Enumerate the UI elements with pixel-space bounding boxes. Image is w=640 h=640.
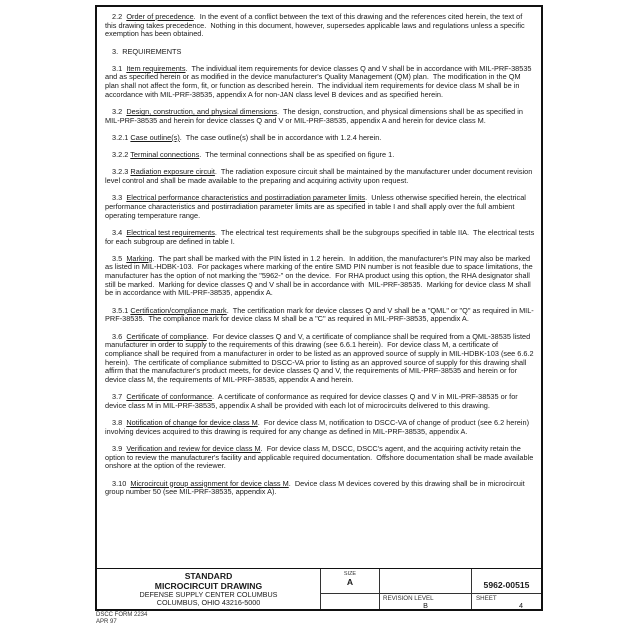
paragraph-3-2: 3.2 Design, construction, and physical d…	[105, 108, 535, 125]
paragraph-text: The part shall be marked with the PIN li…	[105, 254, 535, 298]
form-date: APR 97	[96, 619, 147, 626]
title-block: STANDARD MICROCIRCUIT DRAWING DEFENSE SU…	[97, 568, 541, 609]
paragraph-number: 3.10	[112, 479, 126, 488]
paragraph-number: 3.5.1	[112, 306, 128, 315]
agency-address: COLUMBUS, OHIO 43216-5000	[97, 599, 320, 607]
paragraph-3-4: 3.4 Electrical test requirements. The el…	[105, 229, 535, 246]
size-cell: SIZE A	[321, 569, 380, 593]
title-line-1: STANDARD	[97, 571, 320, 581]
document-number: 5962-00515	[472, 580, 541, 590]
paragraph-heading: Electrical performance characteristics a…	[126, 193, 365, 202]
paragraph-3-1: 3.1 Item requirements. The individual it…	[105, 65, 535, 100]
paragraph-text: REQUIREMENTS	[122, 47, 181, 56]
paragraph-number: 3.7	[112, 392, 122, 401]
paragraph-3-2-3: 3.2.3 Radiation exposure circuit. The ra…	[105, 168, 535, 185]
paragraph-number: 3.6	[112, 332, 122, 341]
paragraph-number: 3.2.2	[112, 150, 128, 159]
sheet-label: SHEET	[476, 595, 541, 602]
paragraph-number: 3.4	[112, 228, 122, 237]
paragraph-3-7: 3.7 Certificate of conformance. A certif…	[105, 393, 535, 410]
standard-drawing-cell: STANDARD MICROCIRCUIT DRAWING DEFENSE SU…	[97, 569, 321, 609]
paragraph-heading: Microcircuit group assignment for device…	[130, 479, 288, 488]
paragraph-heading: Electrical test requirements	[126, 228, 215, 237]
drawing-sheet: 2.2 Order of precedence. In the event of…	[95, 5, 543, 611]
paragraph-text: The terminal connections shall be as spe…	[205, 150, 394, 159]
revision-value: B	[380, 602, 471, 610]
paragraph-3-2-2: 3.2.2 Terminal connections. The terminal…	[105, 151, 535, 160]
paragraph-heading: Certificate of compliance	[126, 332, 206, 341]
paragraph-3-2-1: 3.2.1 Case outline(s). The case outline(…	[105, 134, 535, 143]
document-body: 2.2 Order of precedence. In the event of…	[105, 13, 535, 505]
paragraph-heading: Certification/compliance mark	[130, 306, 226, 315]
paragraph-3-5: 3.5 Marking. The part shall be marked wi…	[105, 255, 535, 298]
paragraph-number: 3.3	[112, 193, 122, 202]
paragraph-number: 3.2	[112, 107, 122, 116]
paragraph-heading: Item requirements	[126, 64, 185, 73]
paragraph-heading: Radiation exposure circuit	[130, 167, 215, 176]
size-value: A	[321, 578, 379, 587]
paragraph-2-2: 2.2 Order of precedence. In the event of…	[105, 13, 535, 39]
paragraph-heading: Terminal connections	[130, 150, 199, 159]
paragraph-3-10: 3.10 Microcircuit group assignment for d…	[105, 480, 535, 497]
sheet-cell: SHEET 4	[472, 593, 541, 609]
paragraph-number: 3.1	[112, 64, 122, 73]
blank-cell-top	[380, 569, 472, 593]
paragraph-number: 3.9	[112, 444, 122, 453]
paragraph-number: 3.2.1	[112, 133, 128, 142]
form-number: DSCC FORM 2234	[96, 612, 147, 619]
paragraph-heading: Case outline(s)	[130, 133, 179, 142]
paragraph-heading: Order of precedence	[126, 12, 193, 21]
paragraph-3-8: 3.8 Notification of change for device cl…	[105, 419, 535, 436]
paragraph-3-6: 3.6 Certificate of compliance. For devic…	[105, 333, 535, 385]
paragraph-number: 3.8	[112, 418, 122, 427]
revision-cell: REVISION LEVEL B	[380, 593, 472, 609]
paragraph-number: 3.	[112, 47, 118, 56]
blank-cell-bottom	[321, 593, 380, 609]
paragraph-text: The case outline(s) shall be in accordan…	[186, 133, 382, 142]
paragraph-number: 2.2	[112, 12, 122, 21]
paragraph-heading: Design, construction, and physical dimen…	[126, 107, 277, 116]
document-number-cell: 5962-00515	[472, 569, 541, 593]
paragraph-3-9: 3.9 Verification and review for device c…	[105, 445, 535, 471]
paragraph-heading: Verification and review for device class…	[126, 444, 260, 453]
paragraph-3-5-1: 3.5.1 Certification/compliance mark. The…	[105, 307, 535, 324]
paragraph-heading: Notification of change for device class …	[126, 418, 257, 427]
paragraph-3: 3. REQUIREMENTS	[105, 48, 535, 57]
paragraph-number: 3.5	[112, 254, 122, 263]
paragraph-heading: Marking	[126, 254, 152, 263]
paragraph-3-3: 3.3 Electrical performance characteristi…	[105, 194, 535, 220]
paragraph-number: 3.2.3	[112, 167, 128, 176]
form-identifier: DSCC FORM 2234 APR 97	[96, 612, 147, 626]
paragraph-text: For device classes Q and V, a certificat…	[105, 332, 536, 384]
paragraph-heading: Certificate of conformance	[126, 392, 212, 401]
sheet-number: 4	[472, 602, 523, 610]
